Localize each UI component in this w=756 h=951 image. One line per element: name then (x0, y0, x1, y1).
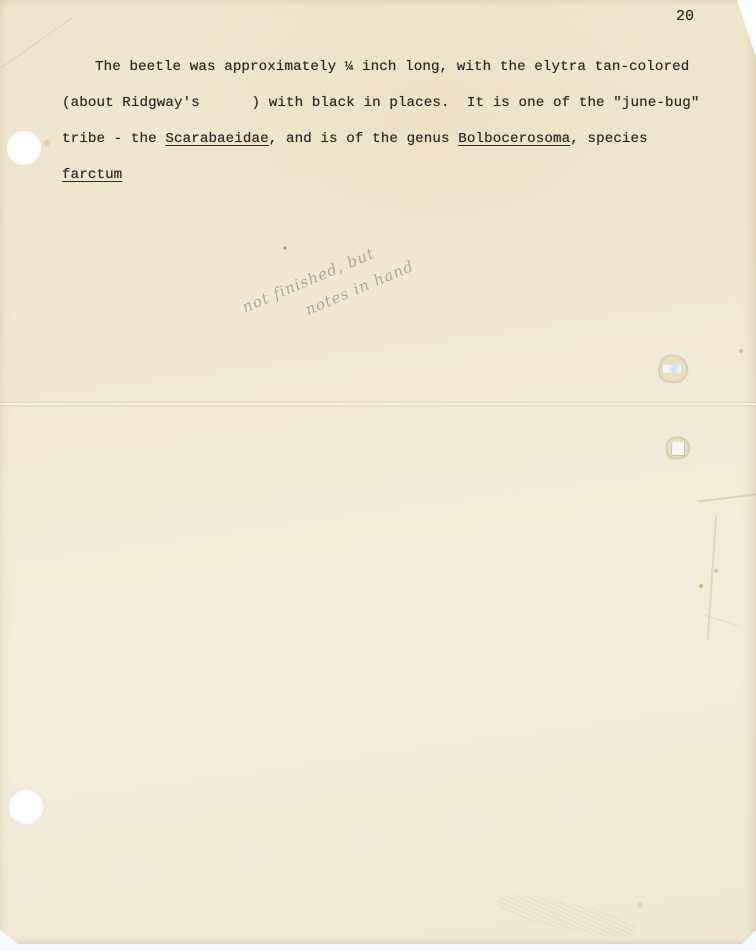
paper-sheet: 20 The beetle was approximately ¼ inch l… (0, 0, 756, 945)
paper-damage-mark-upper (657, 353, 690, 385)
typed-text: The beetle was approximately ¼ inch long… (95, 59, 689, 75)
underlined-species-name: farctum (62, 167, 122, 183)
punch-hole-bottom (10, 791, 42, 823)
handwritten-pencil-note: not finished, but notes in hand (238, 194, 498, 345)
paper-damage-mark-lower (665, 436, 690, 460)
typed-line-2: (about Ridgway's ) with black in places.… (62, 95, 699, 111)
pencil-smudge (496, 889, 638, 944)
right-edge-crease (698, 493, 756, 502)
typed-text: , and is of the genus (269, 131, 459, 147)
typed-text: tribe - the (62, 131, 165, 147)
horizontal-fold-crease (0, 401, 756, 407)
typed-line-1: The beetle was approximately ¼ inch long… (95, 59, 689, 75)
punch-hole-top (8, 132, 40, 164)
typed-line-4: farctum (62, 167, 122, 183)
typed-text: (about Ridgway's ) with black in places.… (62, 95, 699, 111)
typed-text: , species (570, 131, 648, 147)
underlined-family-name: Scarabaeidae (165, 131, 268, 147)
typed-line-3: tribe - the Scarabaeidae, and is of the … (62, 131, 648, 147)
scanned-page: 20 The beetle was approximately ¼ inch l… (0, 0, 756, 951)
right-edge-wrinkle (707, 515, 717, 640)
underlined-genus-name: Bolbocerosoma (458, 131, 570, 147)
top-left-corner-crease (1, 17, 72, 67)
page-number: 20 (676, 8, 694, 25)
